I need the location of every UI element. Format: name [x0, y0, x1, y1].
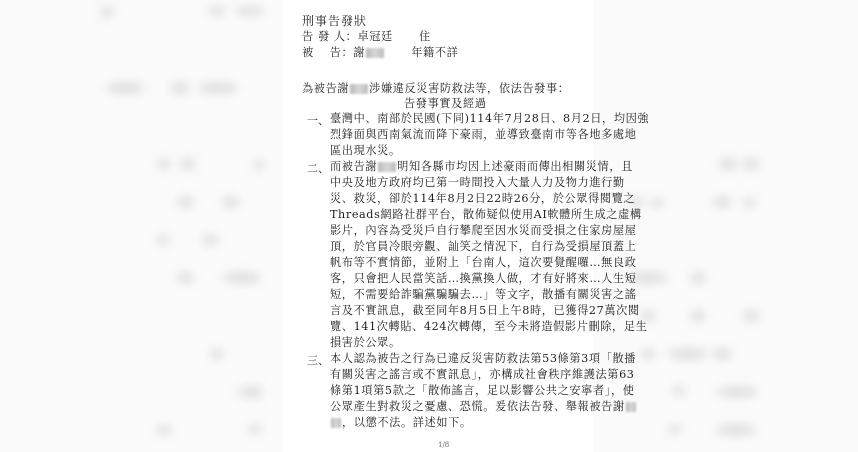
redacted-name: [331, 418, 341, 428]
item-line: 短，不需要給詐騙黨騙騙去…」等文字，散播有關災害之謠: [330, 288, 636, 302]
defendant-surname: 謝: [353, 46, 365, 59]
item-line: Threads網路社群平台，散佈疑似使用AI軟體所生成之虛構: [330, 208, 642, 222]
intro-prefix: 為被告謝: [302, 82, 349, 95]
item-line: 言及不實訊息，截至同年8月5日上午8時，已獲得27萬次閱: [330, 304, 640, 318]
redacted-name: [350, 84, 368, 94]
defendant-line: 被 告：謝 年籍不詳: [302, 46, 458, 60]
item-line: 中央及地方政府均已第一時間投入大量人力及物力進行勤: [330, 176, 625, 190]
item-line-text: 公眾產生對救災之憂慮、恐慌。爰依法告發、舉報被告謝: [330, 400, 625, 413]
item-line: 本人認為被告之行為已違反災害防救法第53條第3項「散播: [330, 352, 636, 366]
item-line-prefix: 而被告謝: [330, 160, 377, 173]
item-line: 覽、141次轉貼、424次轉傳，至今未將造假影片刪除，足生: [330, 320, 647, 334]
complainant-address-label: 住: [419, 30, 431, 43]
document-page: 刑事告發狀 告 發 人：卓冠廷 住 被 告：謝 年籍不詳 為被告謝涉嫌違反災害防…: [283, 0, 593, 452]
item-line: 而被告謝明知各縣市均因上述豪雨而傳出相關災情，且: [330, 160, 633, 174]
redacted-name: [378, 162, 396, 172]
intro-suffix: 涉嫌違反災害防救法等，依法告發事：: [369, 82, 569, 95]
item-number: 二、: [307, 160, 329, 176]
document-title: 刑事告發狀: [302, 14, 367, 28]
defendant-label: 被 告：: [302, 46, 353, 59]
item-line: 公眾產生對救災之憂慮、恐慌。爰依法告發、舉報被告謝: [330, 400, 637, 414]
item-line: 帆布等不實情節，並附上「台南人，這次要覺醒囉…無良政: [330, 256, 636, 270]
complainant-line: 告 發 人：卓冠廷 住: [302, 30, 431, 44]
item-number: 三、: [307, 352, 329, 368]
item-line: 烈鋒面與西南氣流而降下豪雨，並導致臺南市等各地多處地: [330, 128, 636, 142]
section-heading: 告發事實及經過: [404, 97, 487, 111]
defendant-domicile: 年籍不詳: [411, 46, 458, 59]
redacted-name: [366, 48, 384, 58]
item-line: 客，只會把人民當笑話…換黨換人做，才有好將來…人生短: [330, 272, 636, 286]
page-number: 1/8: [438, 441, 449, 449]
item-line: ，以懲不法。詳述如下。: [330, 416, 472, 430]
item-line: 有關災害之謠言或不實訊息」，亦構成社會秩序維護法第63: [330, 368, 635, 382]
redacted-name: [626, 402, 636, 412]
item-line: 頂，於官員冷眼旁觀、訕笑之情況下，自行為受損屋頂蓋上: [330, 240, 636, 254]
complainant-name: 卓冠廷: [357, 30, 392, 43]
item-line-suffix: 明知各縣市均因上述豪雨而傳出相關災情，且: [397, 160, 633, 173]
item-line: 損害於公眾。: [330, 336, 401, 350]
complainant-label: 告 發 人：: [302, 30, 357, 43]
intro-line: 為被告謝涉嫌違反災害防救法等，依法告發事：: [302, 82, 570, 96]
item-line: 區出現水災。: [330, 144, 401, 158]
item-line-text: ，以懲不法。詳述如下。: [342, 416, 472, 429]
item-number: 一、: [307, 112, 329, 128]
item-line: 條第1項第5款之「散佈謠言，足以影響公共之安寧者」，使: [330, 384, 635, 398]
item-line: 影片，內容為受災戶自行攀爬至因水災而受損之住家房屋屋: [330, 224, 636, 238]
item-line: 臺灣中、南部於民國(下同)114年7月28日、8月2日，均因強: [330, 112, 649, 126]
item-line: 災、救災，卻於114年8月2日22時26分，於公眾得閱覽之: [330, 192, 635, 206]
